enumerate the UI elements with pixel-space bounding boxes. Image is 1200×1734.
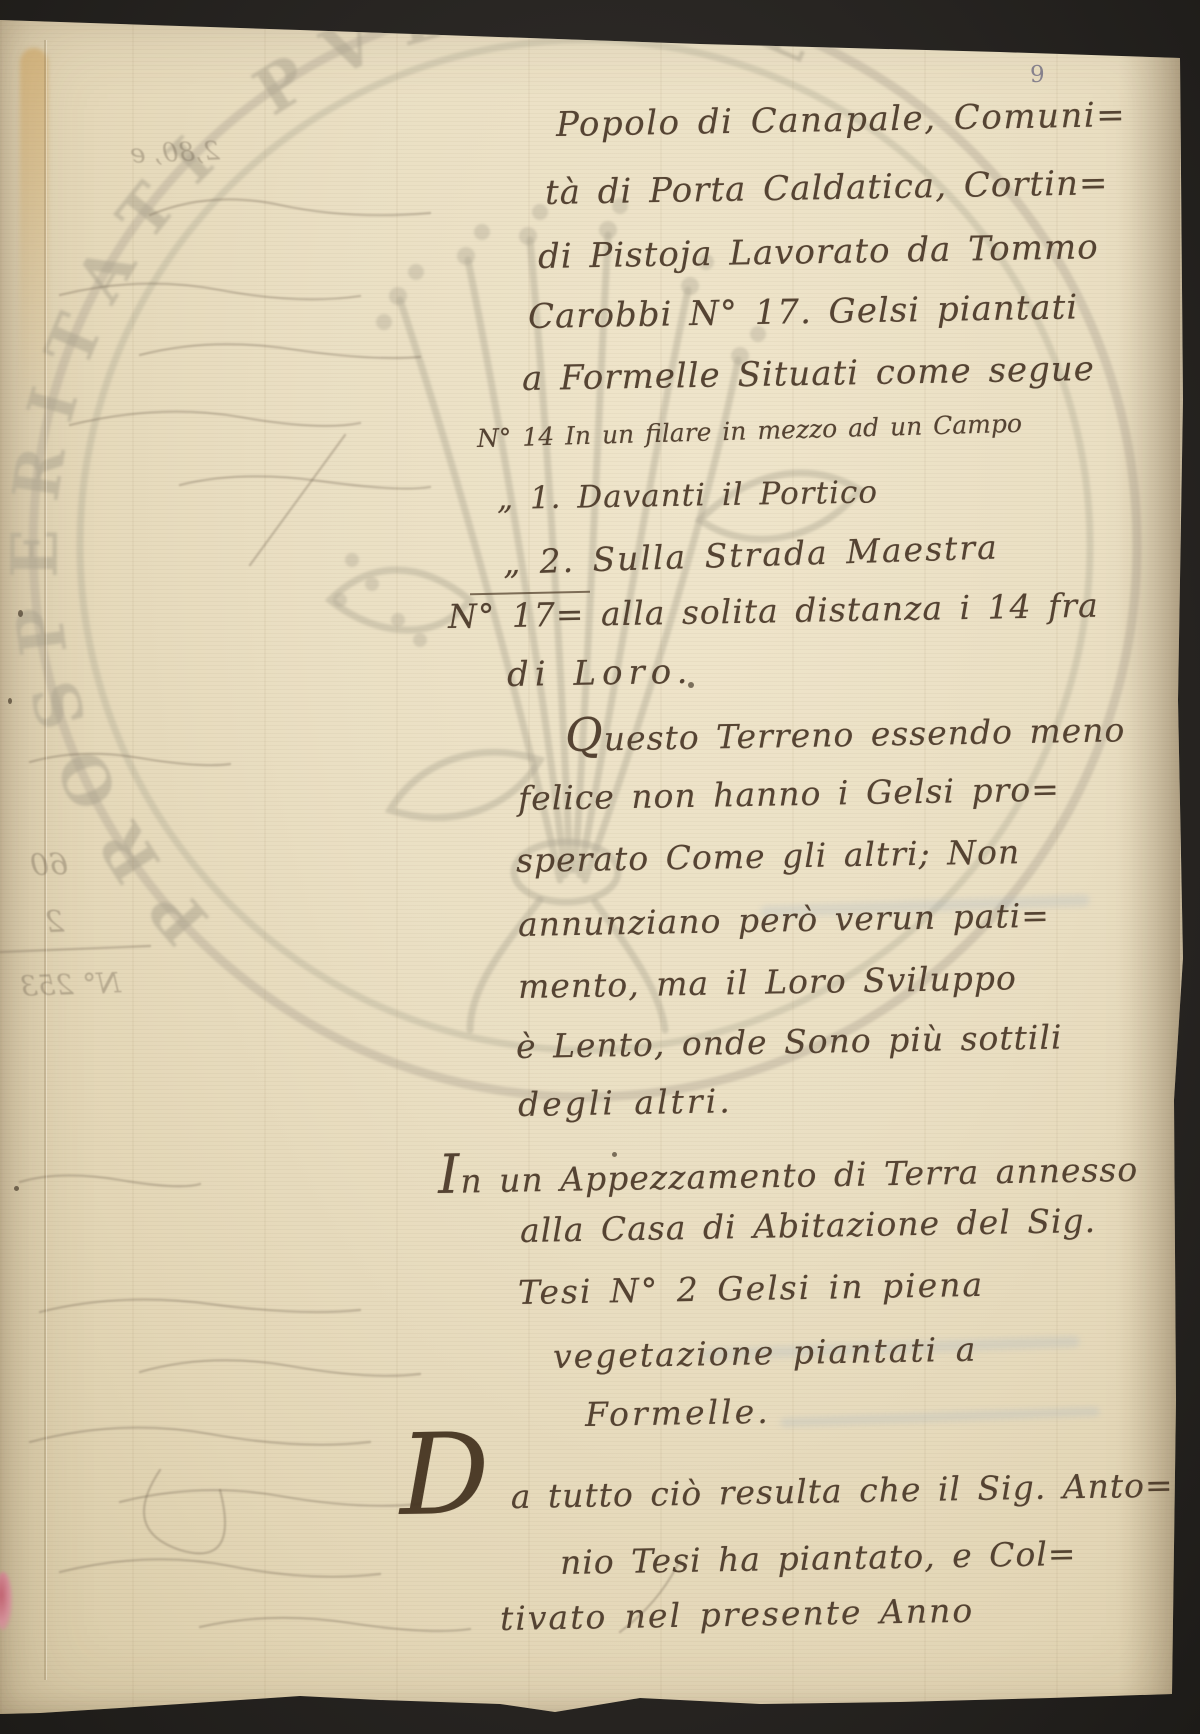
manuscript-page: PROSPERITATI PVBLICAE (0, 0, 1200, 1734)
bleedthrough-fragment: N° 253 (19, 966, 121, 1002)
manuscript-line: Popolo di Canapale, Comuni= (556, 98, 1127, 142)
manuscript-line: nio Tesi ha piantato, e Col= (560, 1537, 1077, 1579)
manuscript-line: alla Casa di Abitazione del Sig. (520, 1204, 1097, 1247)
ink-speck (8, 698, 12, 704)
manuscript-line: „ 2. Sulla Strada Maestra (502, 530, 999, 579)
blue-bleed-wisp (780, 1406, 1100, 1427)
manuscript-line: tà di Porta Caldatica, Cortin= (545, 166, 1109, 210)
manuscript-line: Tesi N° 2 Gelsi in piena (518, 1268, 985, 1309)
manuscript-line: In un Appezzamento di Terra annesso (438, 1136, 1139, 1202)
scan-background: PROSPERITATI PVBLICAE (0, 0, 1200, 1734)
manuscript-line: Carobbi N° 17. Gelsi piantati (528, 290, 1079, 334)
manuscript-line: N° 14 In un filare in mezzo ad un Campo (477, 411, 1023, 451)
edge-shading (1118, 40, 1180, 1700)
manuscript-line: „ 1. Davanti il Portico (497, 477, 879, 515)
manuscript-line: mento, ma il Loro Sviluppo (518, 961, 1017, 1003)
manuscript-line: di Pistoja Lavorato da Tommo (538, 230, 1099, 274)
red-edge-mark (0, 1572, 12, 1630)
manuscript-line: vegetazione piantati a (553, 1333, 978, 1373)
manuscript-line: Questo Terreno essendo meno (565, 702, 1126, 758)
page-number: 9 (1030, 62, 1045, 88)
ink-speck (18, 610, 23, 617)
manuscript-line: annunziano però verun pati= (518, 899, 1050, 941)
bleedthrough-fragment: 2 (44, 905, 64, 941)
manuscript-line: a Formelle Situati come segue (522, 352, 1095, 396)
manuscript-line: felice non hanno i Gelsi pro= (518, 773, 1060, 815)
manuscript-line: sperato Come gli altri; Non (516, 835, 1021, 877)
manuscript-line: N° 17= alla solita distanza i 14 fra (448, 589, 1099, 633)
bleedthrough-fragment: 2,80, e (130, 136, 221, 169)
manuscript-line: è Lento, onde Sono più sottili (516, 1020, 1063, 1063)
bleedthrough-fragment: 60 (29, 847, 68, 883)
manuscript-line: degli altri. (518, 1084, 733, 1121)
manuscript-line: di Loro. (507, 655, 694, 692)
manuscript-line: Da tutto ciò resulta che il Sig. Anto= (400, 1468, 1174, 1516)
manuscript-line: tivato nel presente Anno (500, 1594, 975, 1635)
manuscript-line: Formelle. (585, 1395, 771, 1431)
ink-speck (14, 1186, 19, 1191)
